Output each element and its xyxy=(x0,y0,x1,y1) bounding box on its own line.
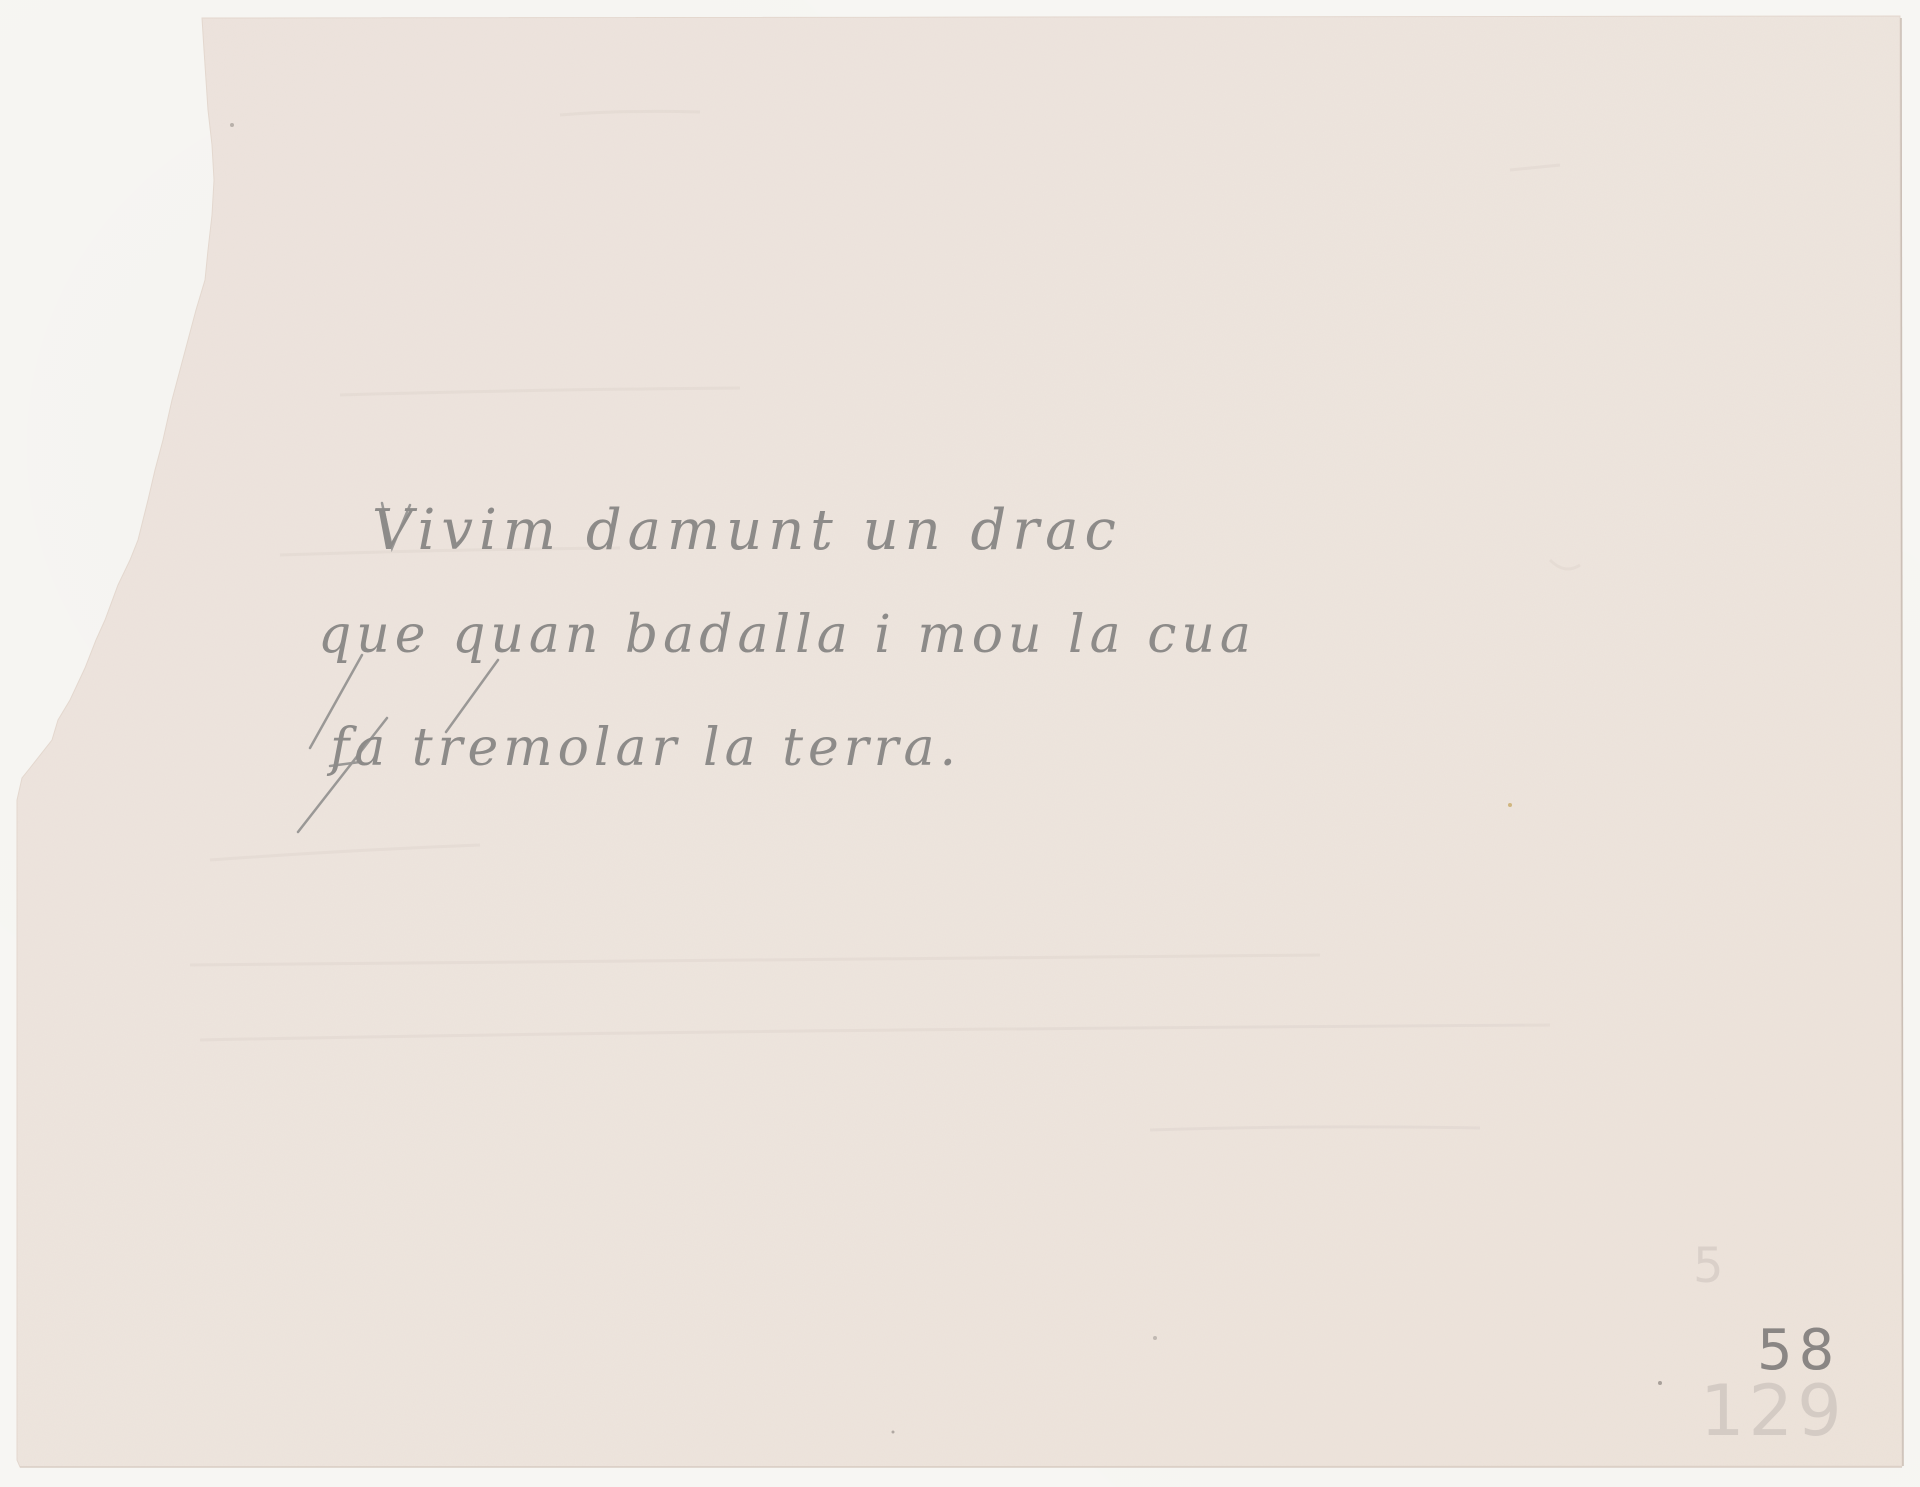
poem-line-1: Vivim damunt un drac xyxy=(372,498,1122,563)
poem-line-3: fa tremolar la terra. xyxy=(330,718,961,778)
bleed-through-number-upper: 5 xyxy=(1693,1238,1724,1294)
page-number: 58 xyxy=(1757,1318,1840,1383)
poem-line-2: que quan badalla i mou la cua xyxy=(318,605,1256,665)
